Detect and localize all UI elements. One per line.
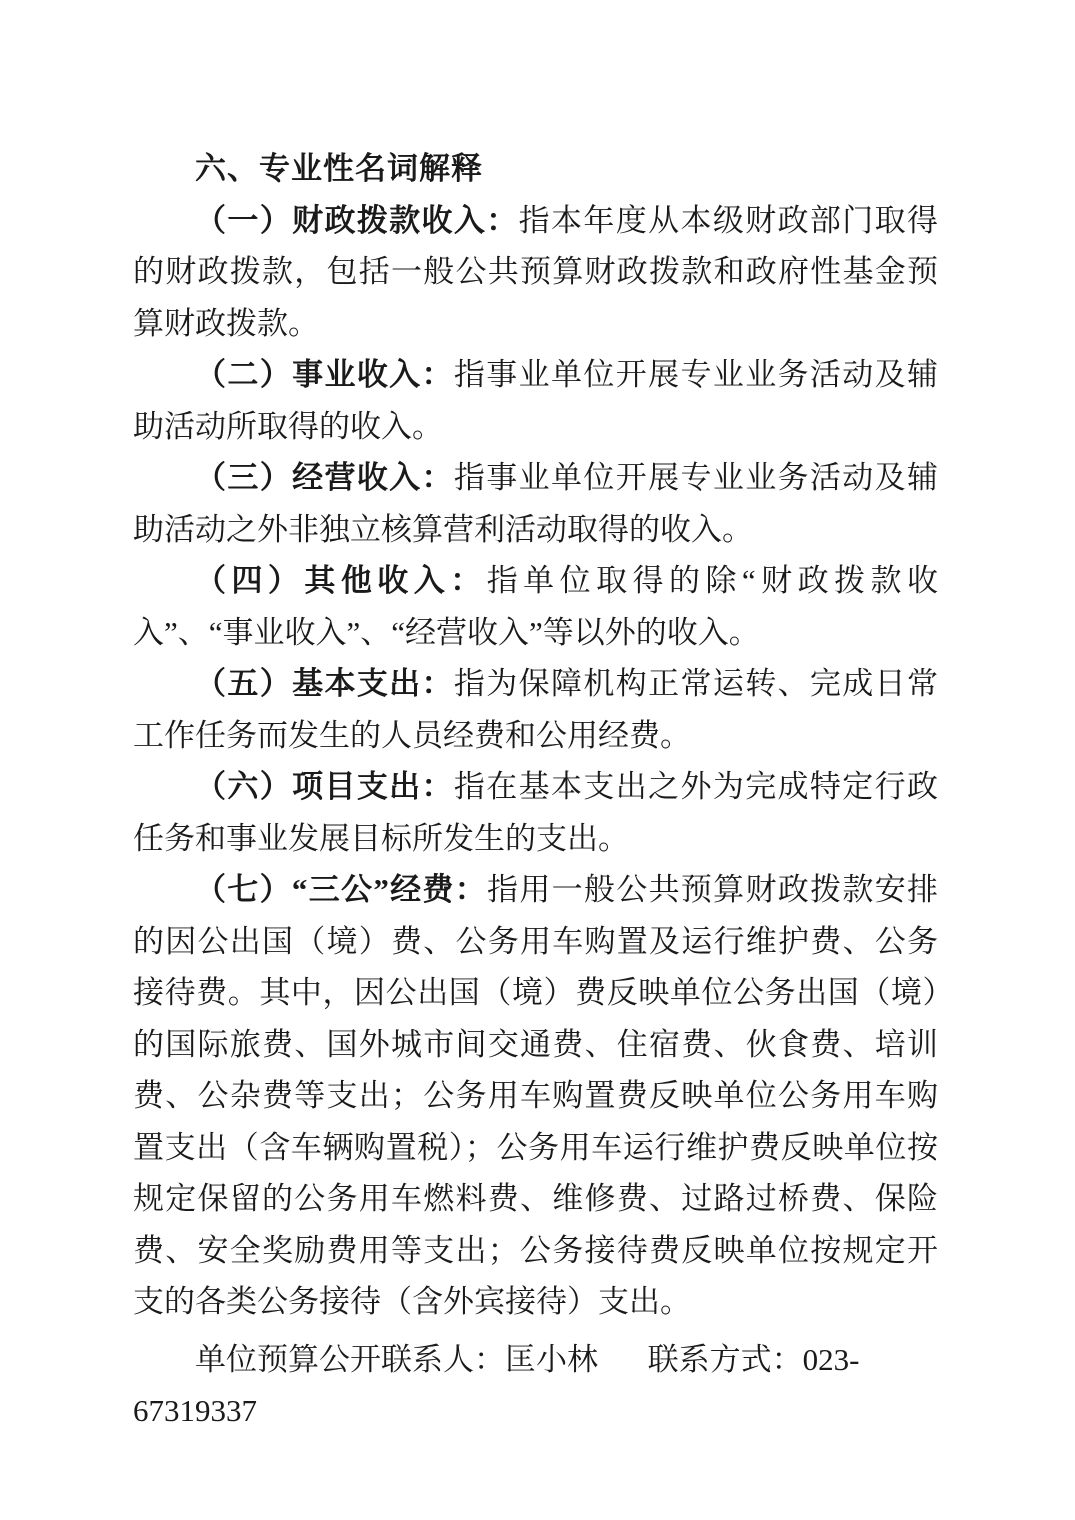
definition-paragraph-6: （六）项目支出：指在基本支出之外为完成特定行政任务和事业发展目标所发生的支出。	[133, 761, 938, 864]
definition-paragraph-1: （一）财政拨款收入：指本年度从本级财政部门取得的财政拨款，包括一般公共预算财政拨…	[133, 195, 938, 350]
definition-paragraph-5: （五）基本支出：指为保障机构正常运转、完成日常工作任务而发生的人员经费和公用经费…	[133, 658, 938, 761]
document-page: 六、专业性名词解释 （一）财政拨款收入：指本年度从本级财政部门取得的财政拨款，包…	[0, 0, 1075, 1520]
definition-paragraph-4: （四）其他收入：指单位取得的除“财政拨款收入”、“事业收入”、“经营收入”等以外…	[133, 555, 938, 658]
definition-term-2: （二）事业收入：	[195, 357, 454, 392]
contact-person-label: 单位预算公开联系人：	[195, 1342, 505, 1377]
contact-method-label: 联系方式：	[648, 1342, 803, 1377]
definition-paragraph-2: （二）事业收入：指事业单位开展专业业务活动及辅助活动所取得的收入。	[133, 349, 938, 452]
definition-term-7: （七）“三公”经费：	[195, 872, 487, 907]
contact-line: 单位预算公开联系人：匡小林联系方式：023-67319337	[133, 1334, 938, 1437]
definition-term-4: （四）其他收入：	[195, 563, 487, 598]
contact-person-name: 匡小林	[505, 1342, 598, 1377]
definition-paragraph-7: （七）“三公”经费：指用一般公共预算财政拨款安排的因公出国（境）费、公务用车购置…	[133, 864, 938, 1328]
page-title: 六、专业性名词解释	[133, 143, 938, 195]
definition-term-5: （五）基本支出：	[195, 666, 454, 701]
definition-paragraph-3: （三）经营收入：指事业单位开展专业业务活动及辅助活动之外非独立核算营利活动取得的…	[133, 452, 938, 555]
definition-term-1: （一）财政拨款收入：	[195, 203, 519, 238]
definition-text-7: 指用一般公共预算财政拨款安排的因公出国（境）费、公务用车购置及运行维护费、公务接…	[133, 872, 938, 1319]
definition-term-3: （三）经营收入：	[195, 460, 454, 495]
definition-term-6: （六）项目支出：	[195, 769, 454, 804]
